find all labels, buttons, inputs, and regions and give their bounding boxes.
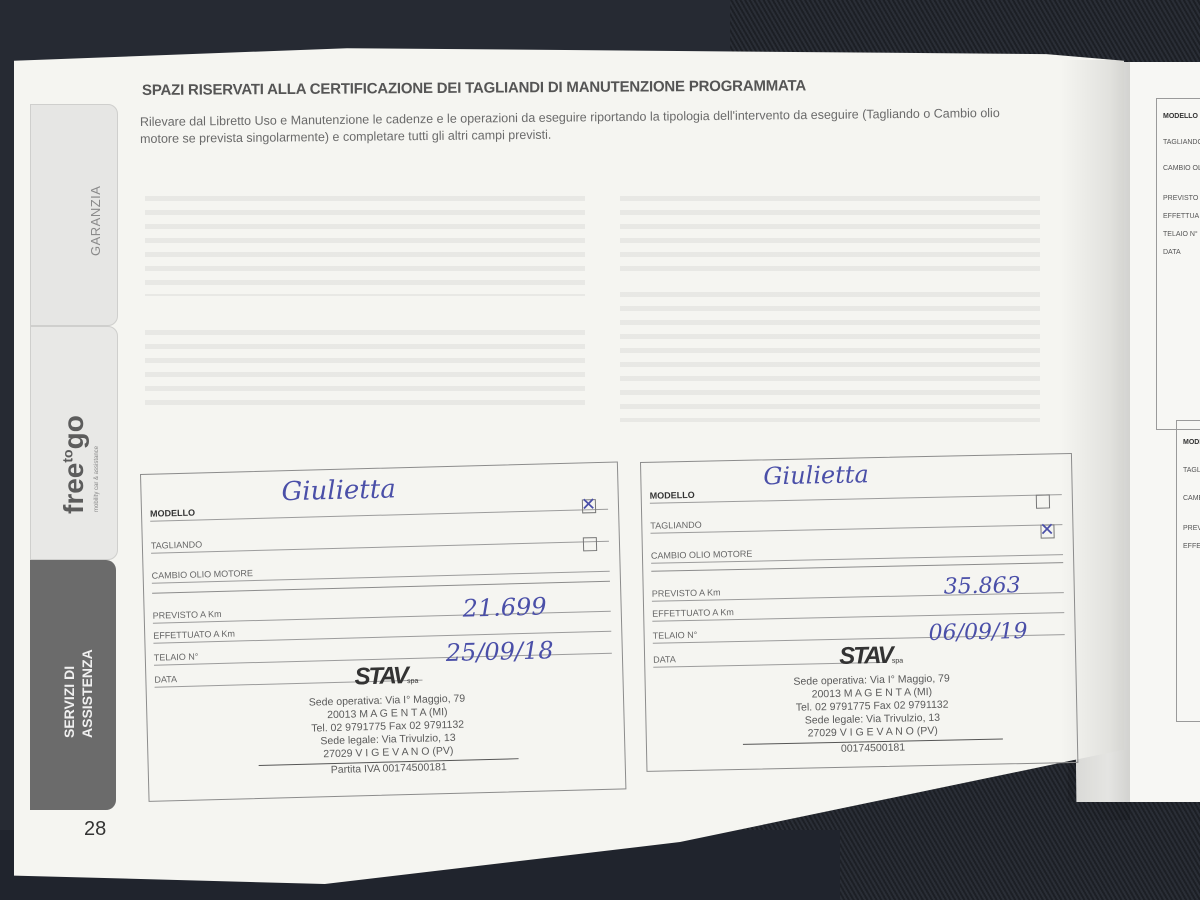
tab-servizi-label: SERVIZI DI ASSISTENZA <box>60 649 96 738</box>
label-tagliando: TAGLIANDO <box>151 539 207 550</box>
stamp-vat: Partita IVA 00174500181 <box>259 759 519 779</box>
label-data: DATA <box>653 654 680 665</box>
label-effettuato-km: EFFETTUATO A Km <box>652 607 738 619</box>
right-form-label: CAMBIO OLIO <box>1163 165 1200 172</box>
label-telaio: TELAIO N° <box>653 630 702 641</box>
label-previsto-km: PREVISTO A Km <box>153 609 226 621</box>
label-effettuato-km: EFFETTUATO A Km <box>153 628 239 640</box>
bleed-through-text <box>620 292 1040 422</box>
divider <box>651 562 1063 572</box>
checkbox-cambio-olio[interactable] <box>1040 524 1054 538</box>
tab-free-to-go-sublabel: mobility car & assistance <box>94 446 100 512</box>
label-cambio-olio: CAMBIO OLIO MOTORE <box>651 549 757 561</box>
tab-garanzia-label: GARANZIA <box>88 186 103 256</box>
right-form-1: MODELLO TAGLIANDO CAMBIO OLIO PREVISTO E… <box>1156 98 1200 430</box>
handwritten-modello: Giulietta <box>281 474 396 507</box>
handwritten-km: 35.863 <box>943 573 1020 600</box>
right-form-label: PREVISTO <box>1183 525 1200 532</box>
bleed-through-text <box>620 196 1040 276</box>
right-form-label: TELAIO N° <box>1163 231 1198 238</box>
right-form-label: PREVISTO <box>1163 195 1198 202</box>
right-form-label: TAGLIANDO <box>1163 139 1200 146</box>
right-form-label: EFFETTUA <box>1163 213 1199 220</box>
field-tagliando[interactable]: TAGLIANDO <box>650 508 1062 534</box>
right-form-label: TAGLIANDO <box>1183 467 1200 474</box>
dealer-stamp: STAVspa Sede operativa: Via I° Maggio, 7… <box>256 661 519 779</box>
right-form-label: EFFETTUA <box>1183 543 1200 550</box>
field-tagliando[interactable]: TAGLIANDO <box>151 525 609 554</box>
tab-servizi-label-line2: ASSISTENZA <box>78 649 96 738</box>
label-data: DATA <box>154 674 181 685</box>
label-modello: MODELLO <box>650 490 699 501</box>
free-to-go-logo: freetogo <box>58 415 90 514</box>
label-modello: MODELLO <box>150 507 199 518</box>
checkbox-tagliando[interactable] <box>582 499 596 513</box>
bleed-through-text <box>145 330 585 410</box>
checkbox-cambio-olio[interactable] <box>583 537 597 551</box>
tab-garanzia[interactable] <box>30 104 118 326</box>
bleed-through-text <box>145 196 585 296</box>
right-form-label: DATA <box>1163 249 1181 256</box>
label-telaio: TELAIO N° <box>154 651 203 662</box>
dealer-stamp: STAVspa Sede operativa: Via I° Maggio, 7… <box>741 641 1003 757</box>
right-form-label: CAMBIO OLIO <box>1183 495 1200 502</box>
field-cambio-olio[interactable]: CAMBIO OLIO MOTORE <box>651 538 1063 564</box>
label-tagliando: TAGLIANDO <box>650 520 706 531</box>
handwritten-km: 21.699 <box>462 592 547 622</box>
right-form-2: MODELLO TAGLIANDO CAMBIO OLIO PREVISTO E… <box>1176 420 1200 722</box>
maintenance-form-1: MODELLO TAGLIANDO CAMBIO OLIO MOTORE PRE… <box>140 461 626 801</box>
page-number: 28 <box>84 818 106 841</box>
label-cambio-olio: CAMBIO OLIO MOTORE <box>152 568 258 581</box>
label-previsto-km: PREVISTO A Km <box>652 587 725 599</box>
handwritten-modello: Giulietta <box>763 460 869 490</box>
right-form-label: MODELLO <box>1163 113 1198 120</box>
tab-servizi-label-line1: SERVIZI DI <box>60 649 78 738</box>
field-cambio-olio[interactable]: CAMBIO OLIO MOTORE <box>151 555 609 584</box>
checkbox-tagliando[interactable] <box>1036 494 1050 508</box>
right-form-label: MODELLO <box>1183 439 1200 446</box>
maintenance-form-2: MODELLO TAGLIANDO CAMBIO OLIO MOTORE PRE… <box>640 453 1078 772</box>
